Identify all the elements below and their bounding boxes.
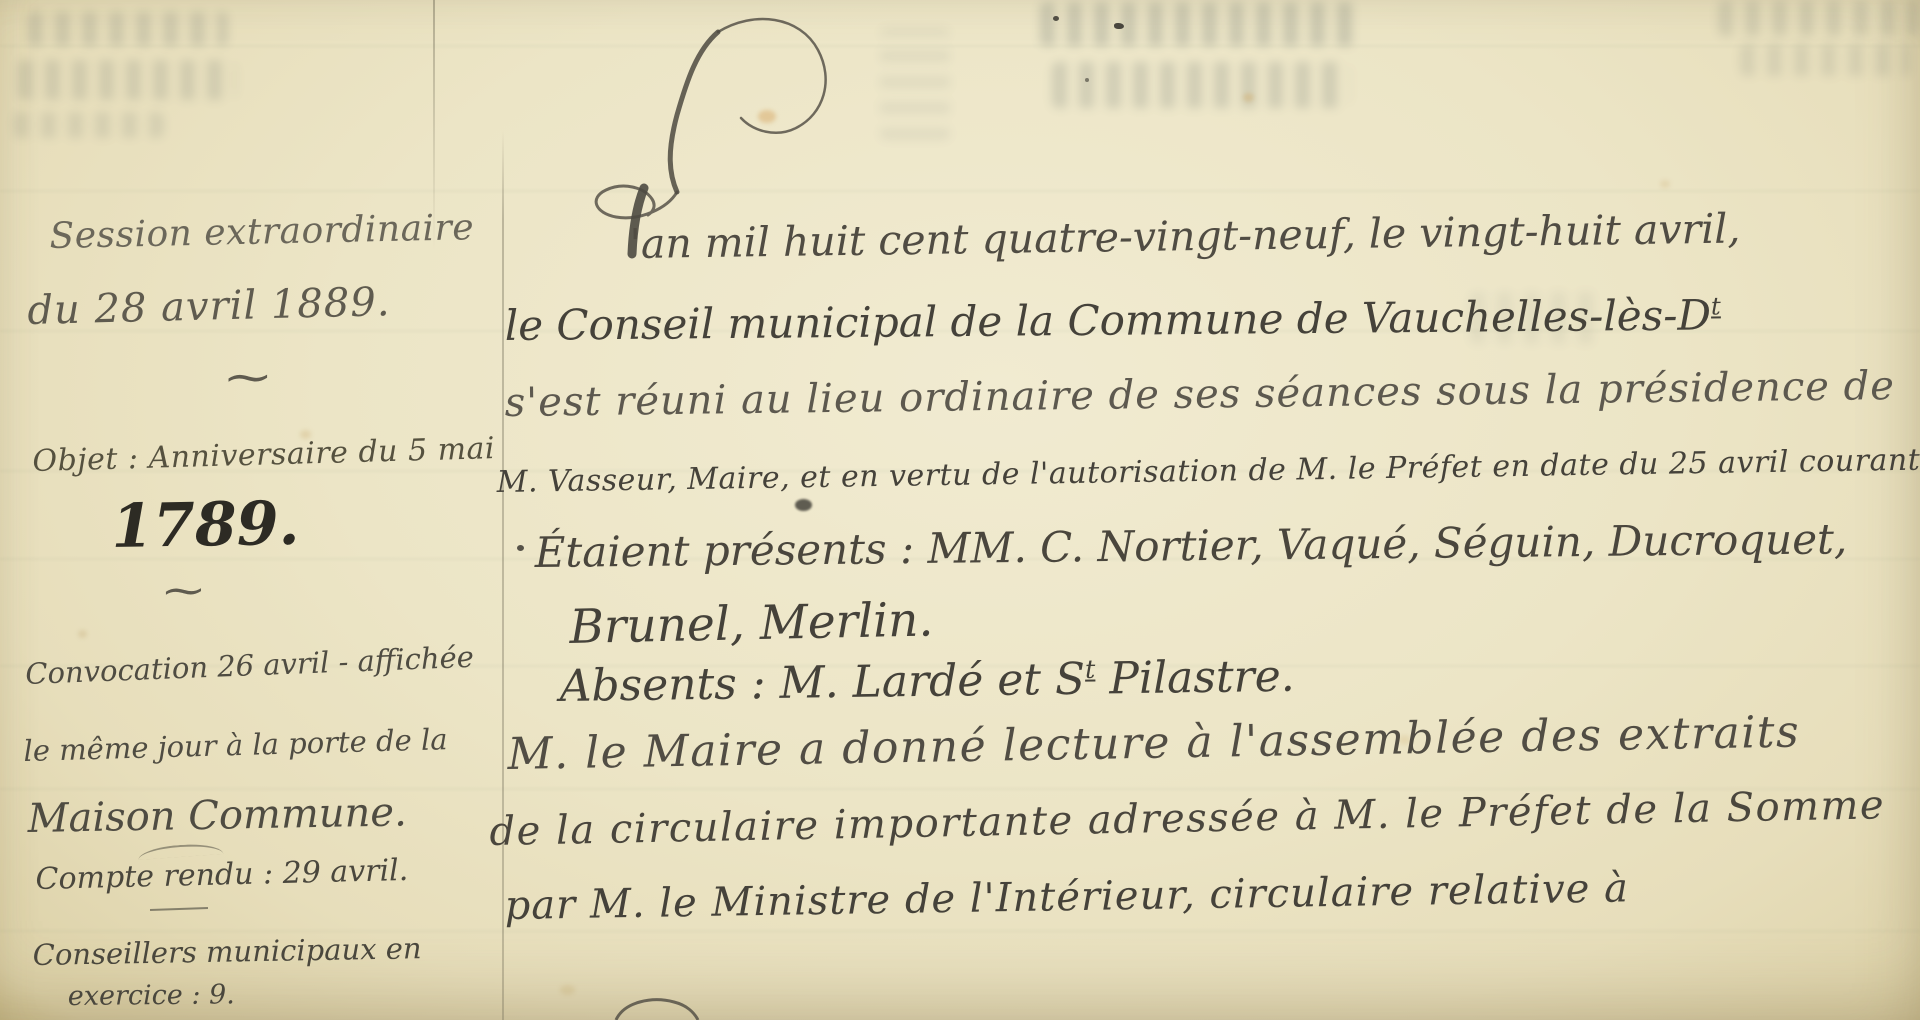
foxing-spot [78,630,87,638]
margin-convocation-line1: Convocation 26 avril - affichée [25,640,475,691]
superscript-t: t [1085,655,1096,685]
foxing-spot [1243,93,1254,102]
margin-compte-rendu: Compte rendu : 29 avril. [35,853,408,897]
bleed-through-ghost [28,12,228,46]
margin-separator-1: ~ [222,352,274,403]
margin-conseillers-line2: exercice : 9. [68,979,235,1012]
bleed-through-ghost [18,60,236,100]
body-line-9: de la circulaire importante adressée à M… [489,782,1885,855]
ink-speck [1114,23,1124,29]
body-line-5: Étaient présents : MM. C. Nortier, Vaqué… [534,514,1847,577]
margin-session-line2: du 28 avril 1889. [27,279,391,334]
ink-speck [517,545,524,551]
ink-speck [1085,78,1089,82]
ink-smudge [795,499,812,511]
bleed-through-ghost [1052,62,1350,108]
body-line-8: M. le Maire a donné lecture à l'assemblé… [507,706,1800,780]
margin-objet-year: 1789. [111,489,300,562]
bleed-through-ghost [1040,2,1360,46]
margin-separator-2: ~ [160,568,207,614]
ink-speck [1053,16,1059,21]
manuscript-page: Session extraordinaire du 28 avril 1889.… [0,0,1920,1020]
margin-session-line1: Session extraordinaire [49,207,474,257]
foxing-spot [1660,180,1670,188]
body-line-10: par M. le Ministre de l'Intérieur, circu… [504,865,1629,929]
ruling-line [0,190,1920,192]
margin-convocation-line3: Maison Commune. [27,789,407,842]
body-line-7: Absents : M. Lardé et St Pilastre. [559,651,1295,712]
superscript-t: t [1711,291,1721,320]
body-line-6: Brunel, Merlin. [569,592,934,655]
cut-off-stroke [612,996,702,1020]
bleed-through-ghost [1740,44,1910,76]
bleed-through-ghost [14,112,164,138]
margin-dash [150,907,208,911]
ruling-line [0,930,1920,932]
margin-conseillers-line1: Conseillers municipaux en [32,931,421,972]
body-line-4: M. Vasseur, Maire, et en vertu de l'auto… [496,443,1920,500]
foxing-spot [560,985,575,995]
margin-convocation-line2: le même jour à la porte de la [23,722,448,768]
body-line-3: s'est réuni au lieu ordinaire de ses séa… [504,363,1895,426]
bleed-through-ghost [1718,0,1918,36]
ruling-line [0,45,1920,47]
